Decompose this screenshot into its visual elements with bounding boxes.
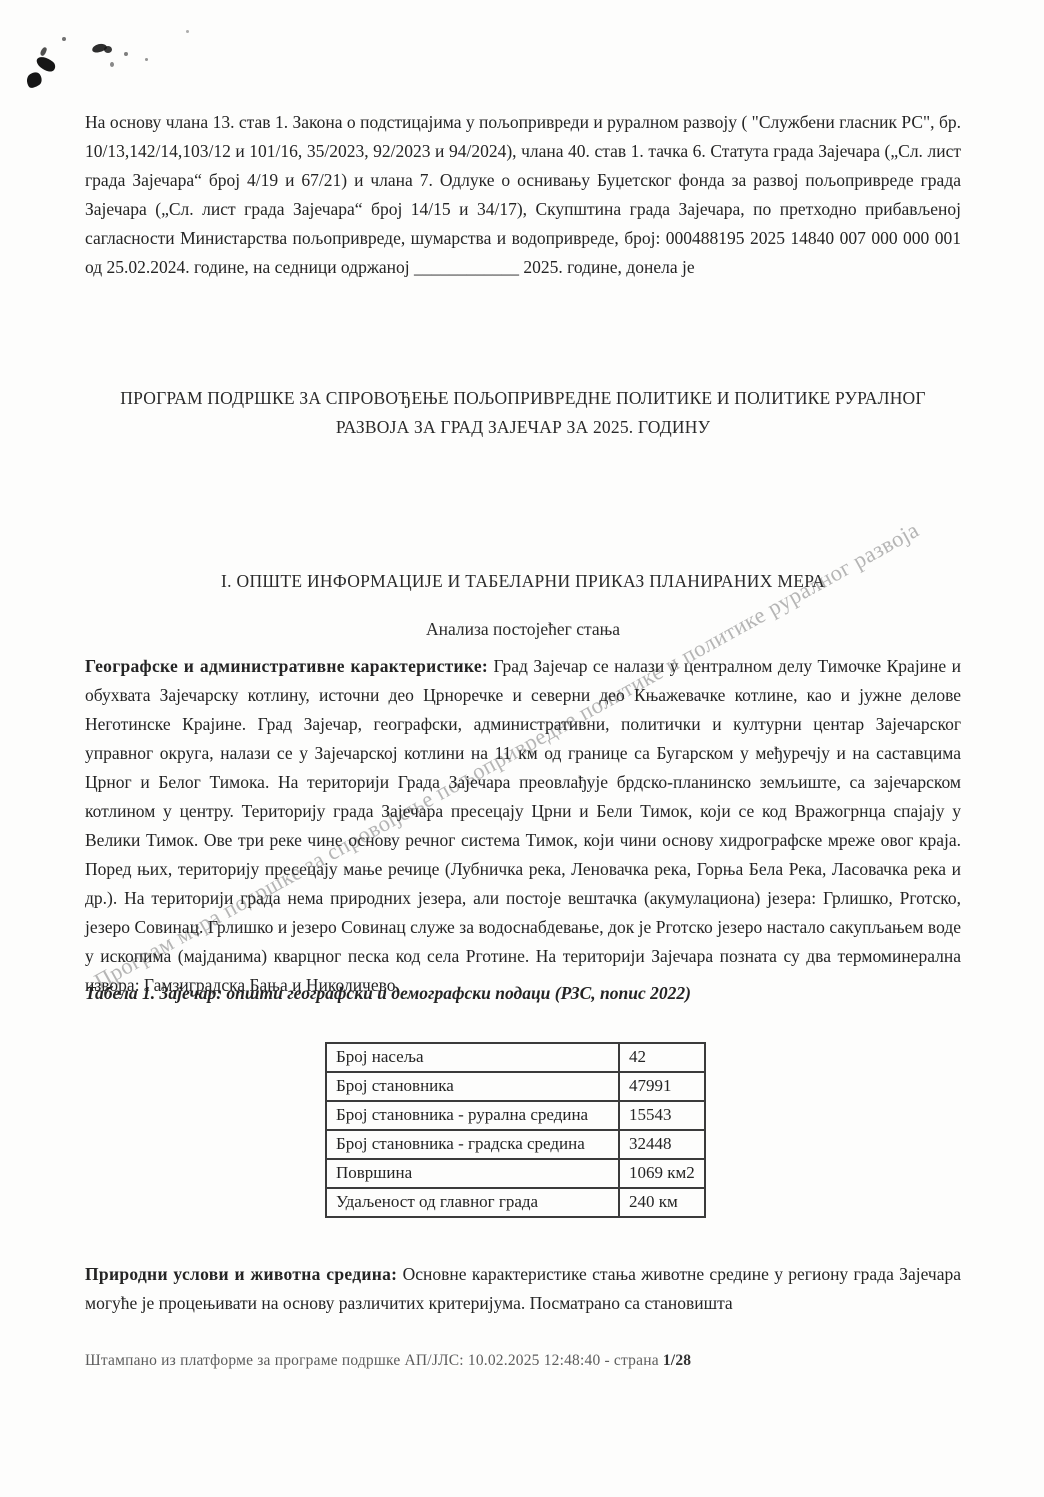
table-row: Број становника - градска средина 32448 [326, 1130, 705, 1159]
row-label: Површина [326, 1159, 619, 1188]
table-row: Број насеља 42 [326, 1043, 705, 1072]
row-label: Број становника - рурална средина [326, 1101, 619, 1130]
intro-paragraph: На основу члана 13. став 1. Закона о под… [85, 108, 961, 282]
table-row: Број становника - рурална средина 15543 [326, 1101, 705, 1130]
ink-smudge [62, 37, 66, 41]
row-label: Број становника [326, 1072, 619, 1101]
ink-smudge [40, 46, 48, 56]
table-row: Број становника 47991 [326, 1072, 705, 1101]
geography-body: Град Зајечар се налази у централном делу… [85, 656, 961, 995]
nature-lead: Природни услови и животна средина: [85, 1264, 397, 1284]
ink-smudge [145, 58, 148, 61]
table-row: Површина 1069 км2 [326, 1159, 705, 1188]
section-heading: I. ОПШТЕ ИНФОРМАЦИЈЕ И ТАБЕЛАРНИ ПРИКАЗ … [85, 571, 961, 592]
ink-smudge [110, 62, 114, 67]
geography-paragraph: Географске и административне карактерист… [85, 652, 961, 1000]
table-row: Удаљеност од главног града 240 км [326, 1188, 705, 1217]
row-value: 42 [619, 1043, 705, 1072]
ink-smudge [104, 46, 112, 53]
row-value: 47991 [619, 1072, 705, 1101]
document-title: ПРОГРАМ ПОДРШКЕ ЗА СПРОВОЂЕЊЕ ПОЉОПРИВРЕ… [85, 384, 961, 442]
row-value: 1069 км2 [619, 1159, 705, 1188]
nature-paragraph: Природни услови и животна средина: Основ… [85, 1260, 961, 1318]
page-number: 1/28 [663, 1352, 691, 1369]
geography-lead: Географске и административне карактерист… [85, 656, 488, 676]
print-footer: Штампано из платформе за програме подршк… [85, 1352, 691, 1370]
table-caption: Табела 1. Зајечар: општи географски и де… [85, 983, 961, 1004]
footer-text: Штампано из платформе за програме подршк… [85, 1352, 663, 1369]
document-page: Програм мера подршке за спровођење пољоп… [0, 0, 1044, 1497]
row-label: Удаљеност од главног града [326, 1188, 619, 1217]
row-label: Број становника - градска средина [326, 1130, 619, 1159]
row-value: 240 км [619, 1188, 705, 1217]
geo-demographics-table: Број насеља 42 Број становника 47991 Бро… [325, 1042, 706, 1218]
row-value: 15543 [619, 1101, 705, 1130]
ink-smudge [23, 70, 44, 91]
row-label: Број насеља [326, 1043, 619, 1072]
section-subheading: Анализа постојећег стања [85, 619, 961, 640]
ink-smudge [124, 52, 128, 56]
row-value: 32448 [619, 1130, 705, 1159]
ink-smudge [186, 30, 189, 33]
